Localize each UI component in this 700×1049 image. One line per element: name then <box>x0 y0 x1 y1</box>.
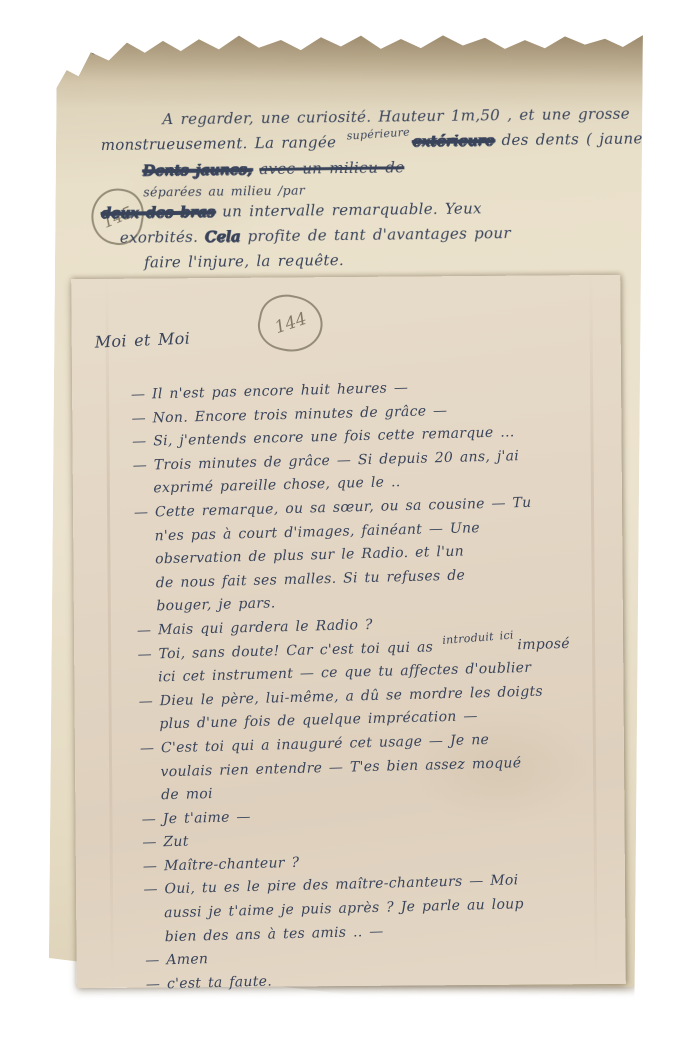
handwriting-segment: exorbités. <box>120 228 206 247</box>
handwriting-segment: — c'est ta faute. <box>146 973 272 992</box>
page-title: Moi et Moi <box>94 329 190 352</box>
handwriting-segment: extérieure <box>413 131 495 150</box>
handwriting-segment: plus d'une fois de quelque imprécation — <box>159 709 478 733</box>
handwriting-segment: de nous fait ses malles. Si tu refuses d… <box>156 567 466 591</box>
handwriting-segment: avec un milieu de <box>259 158 404 178</box>
handwriting-segment: Cela <box>205 227 241 245</box>
handwriting-segment: — Il n'est pas encore huit heures — <box>131 380 409 403</box>
page-number-circle-144: 144 <box>254 290 328 358</box>
handwriting-segment: — Toi, sans doute! Car c'est toi qui as <box>137 639 440 663</box>
torn-edge <box>56 30 643 113</box>
handwriting-segment: faire l'injure, la requête. <box>144 251 344 271</box>
handwriting-segment: aussi je t'aime je puis après ? Je parle… <box>164 896 524 921</box>
handwriting-segment: — Je t'aime — <box>142 809 251 828</box>
manuscript-photo: S.S. 145 A regarder, une curiosité. Haut… <box>0 0 700 1049</box>
dialogue-text: — Il n'est pas encore huit heures —— Non… <box>131 372 624 997</box>
handwriting-segment: monstrueusement. La rangée <box>101 133 344 154</box>
handwriting-segment: — Mais qui gardera le Radio ? <box>137 617 373 639</box>
handwriting-segment: imposé <box>517 635 570 652</box>
handwriting-segment: un intervalle remarquable. Yeux <box>215 199 482 220</box>
handwriting-segment: séparées au milieu /par <box>143 182 305 199</box>
manuscript-sheet-144: 144 Moi et Moi — Il n'est pas encore hui… <box>71 275 626 988</box>
handwriting-segment: profite de tant d'avantages pour <box>240 224 510 245</box>
handwritten-line: faire l'injure, la requête. <box>144 244 632 275</box>
handwriting-segment: introduit ici <box>442 623 515 652</box>
handwriting-segment: de moi <box>161 786 213 803</box>
handwriting-segment: Dents jaunes, <box>143 160 252 179</box>
handwriting-segment: — Non. Encore trois minutes de grâce — <box>131 403 447 427</box>
handwriting-segment: observation de plus sur le Radio. et l'u… <box>155 544 464 568</box>
page-number-144: 144 <box>272 309 309 338</box>
paper-crease <box>105 279 114 988</box>
handwriting-segment: exprimé pareille chose, que le .. <box>153 475 400 497</box>
handwriting-segment: deux des bras <box>101 203 215 222</box>
handwriting-segment: supérieure <box>345 120 410 149</box>
handwriting-segment: bien des ans à tes amis .. — <box>165 923 384 945</box>
handwriting-segment: — C'est toi qui a inauguré cet usage — J… <box>140 732 490 757</box>
handwriting-segment: bouger, je pars. <box>156 596 276 615</box>
handwriting-segment: n'es pas à court d'images, fainéant — Un… <box>154 520 480 544</box>
handwriting-segment: — Maître-chanteur ? <box>143 855 300 875</box>
handwriting-segment: — Zut <box>142 834 189 851</box>
handwriting-segment: des dents ( jaunes ) <box>494 129 664 149</box>
handwriting-segment: — Amen <box>145 951 208 969</box>
